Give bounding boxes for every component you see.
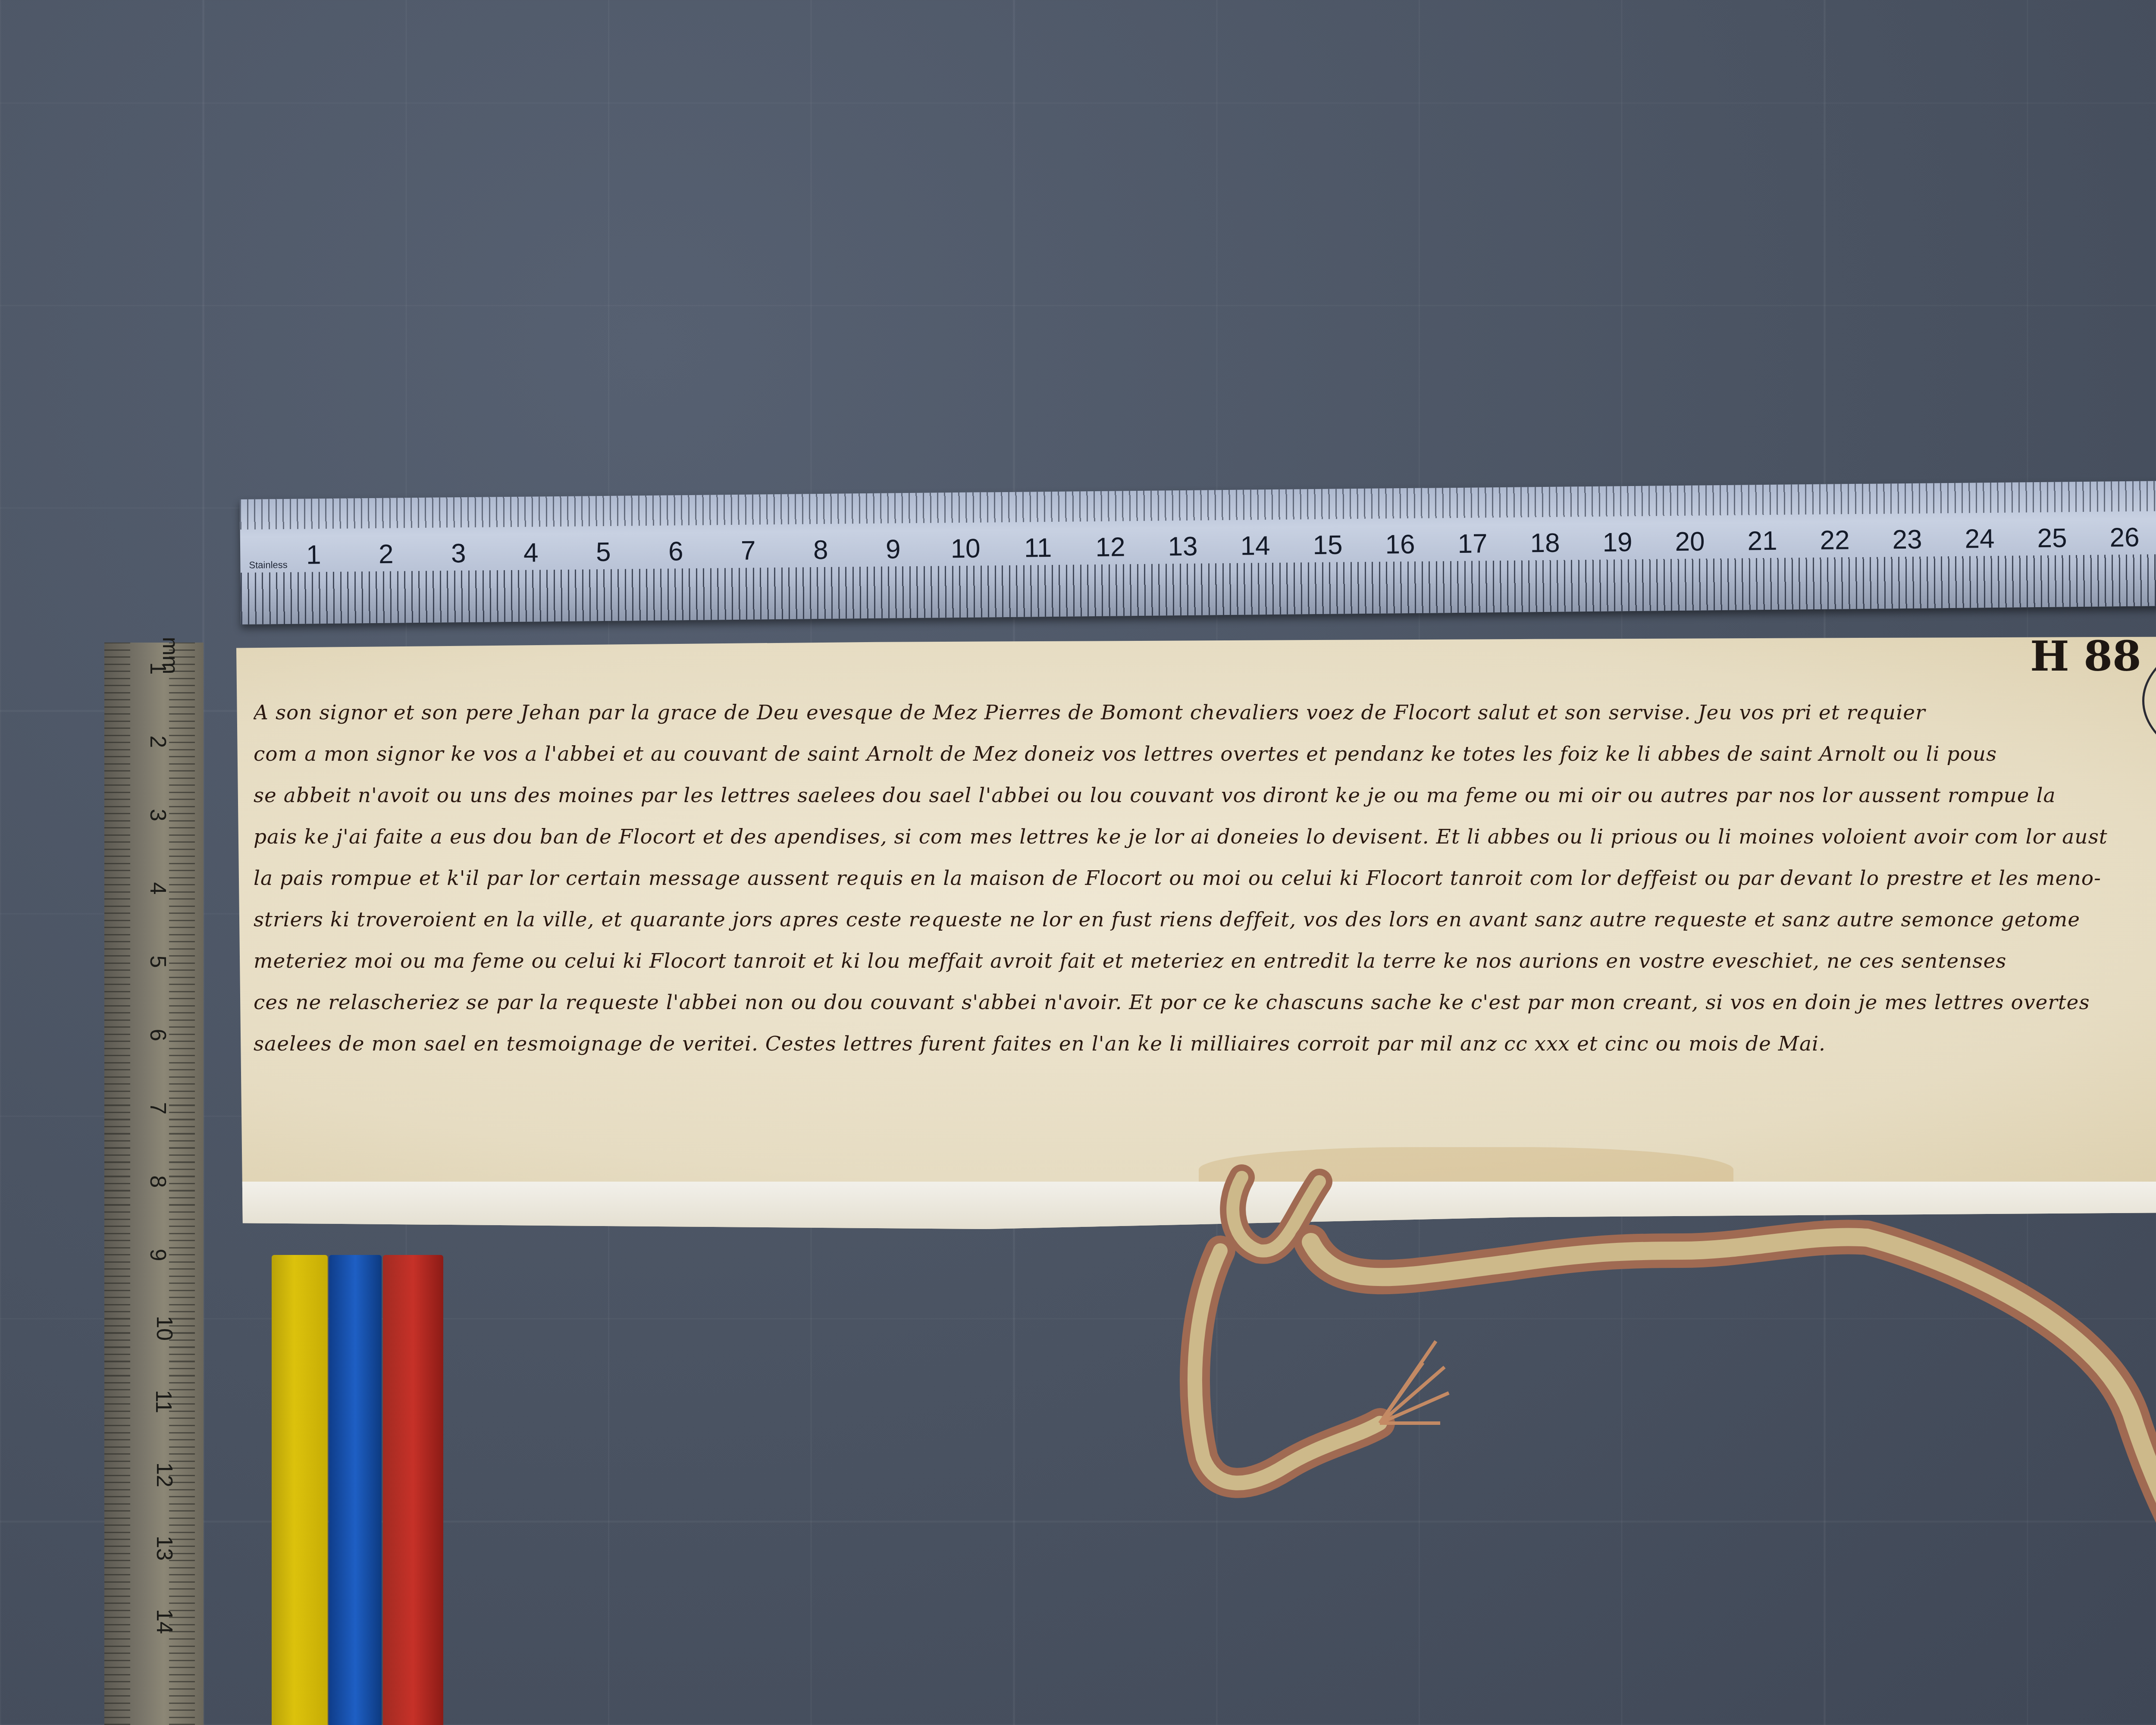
ribbon-fringe <box>1380 1341 1449 1423</box>
seal-ribbon <box>0 0 2156 1725</box>
